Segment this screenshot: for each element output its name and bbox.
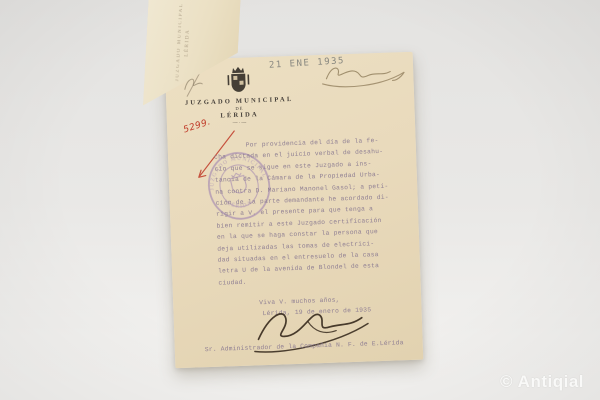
document-paper: JUZGADO MUNICIPAL DE LÉRIDA —·— 21 ENE 1…: [165, 52, 424, 368]
coat-of-arms-icon: [226, 63, 251, 94]
flap-stamp-line1: JUZGADO MUNICIPAL: [175, 3, 184, 82]
photo-background: JUZGADO MUNICIPAL LÉRIDA JUZGADO MUNICIP…: [0, 0, 600, 400]
body-text: Por providencia del día de la fe-cha dic…: [214, 135, 395, 289]
flap-stamp-line2: LÉRIDA: [185, 29, 191, 57]
watermark: © Antiqial: [500, 372, 584, 392]
flap-stamp-text: JUZGADO MUNICIPAL LÉRIDA: [174, 0, 195, 88]
addressee-city: Lérida: [380, 339, 404, 347]
handwritten-annotation: [320, 54, 409, 91]
